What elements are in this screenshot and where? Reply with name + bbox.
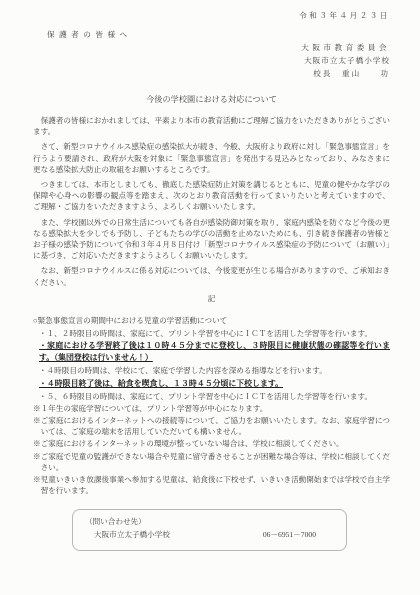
paragraph-greeting: 保護者の皆様におかれましては、平素より本市の教育活動にご理解ご協力をいただきあり… <box>33 115 390 137</box>
contact-box: （問い合わせ先） 大阪市立太子橋小学校 06－6951－7000 <box>72 509 347 550</box>
contact-phone: 06－6951－7000 <box>263 529 316 540</box>
sender-principal: 校長 重山 功 <box>33 68 390 81</box>
sender-school: 大阪市立太子橋小学校 <box>33 55 390 68</box>
ki-marker: 記 <box>33 293 390 304</box>
contact-row: 大阪市立太子橋小学校 06－6951－7000 <box>85 528 334 540</box>
learning-activities-section: ○緊急事態宣言の期間中における児童の学習活動について ・１、２時限目の時間は、家… <box>33 315 390 496</box>
contact-school-name: 大阪市立太子橋小学校 <box>94 529 170 540</box>
sender-org: 大阪市教育委員会 <box>33 42 390 55</box>
bullet-item-periods-5-6: ・５、６時限目の時間は、家庭にて、プリント学習を中心にＩＣＴを活用した学習等を行… <box>39 391 390 402</box>
letter-date: 令和３年４月２３日 <box>33 10 390 21</box>
paragraph-policy: つきましては、本市としましても、徹底した感染症防止対策を講じるとともに、児童の健… <box>33 179 390 213</box>
recipient-line: 保護者の皆様へ <box>47 29 390 40</box>
note-item-no-internet: ※ご家庭におけるインターネットの環境が整っていない場合は、学校に相談してください… <box>33 438 390 449</box>
note-item-childcare: ※ご家庭で児童の監護ができない場合や児童に留守番させることが困難な場合等は、学校… <box>33 451 390 473</box>
paragraph-request: また、学校園以外での日常生活についても各自が感染防御対策を取り、家庭内感染を防ぐ… <box>33 217 390 262</box>
letter-page: 令和３年４月２３日 保護者の皆様へ 大阪市教育委員会 大阪市立太子橋小学校 校長… <box>0 0 420 595</box>
contact-label: （問い合わせ先） <box>85 516 334 527</box>
body-paragraphs: 保護者の皆様におかれましては、平素より本市の教育活動にご理解ご協力をいただきあり… <box>33 115 390 288</box>
note-item-afterschool-program: ※児童いきいき放課後事業へ参加する児童は、給食後に下校せず、いきいき活動開始まで… <box>33 474 390 496</box>
document-title: 今後の学校園における対応について <box>33 94 390 105</box>
note-item-first-graders: ※１年生の家庭学習については、プリント学習等が中心になります。 <box>33 403 390 414</box>
paragraph-notice: なお、新型コロナウイルスに係る対応については、今後変更が生じる場合がありますので… <box>33 265 390 287</box>
section-heading: ○緊急事態宣言の期間中における児童の学習活動について <box>33 315 390 326</box>
bullet-item-period-4: ・４時限目の時間は、学校にて、家庭で学習した内容を深める指導などを行います。 <box>39 365 390 376</box>
bullet-item-periods-1-2: ・１、２時限目の時間は、家庭にて、プリント学習を中心にＩＣＴを活用した学習等を行… <box>39 328 390 339</box>
sender-block: 大阪市教育委員会 大阪市立太子橋小学校 校長 重山 功 <box>33 42 390 80</box>
bullet-item-arrival-time: ・家庭における学習終了後は１０時４５分までに登校し、３時限目に健康状態の確認等を… <box>39 340 390 364</box>
note-item-internet-connection: ※ご家庭におけるインターネットへの接続等について、ご協力をお願いいたします。なお… <box>33 415 390 437</box>
paragraph-background: さて、新型コロナウイルス感染症の感染拡大が続き、今般、大阪府より政府に対し「緊急… <box>33 141 390 175</box>
bullet-item-dismissal-time: ・４時限目終了後は、給食を喫食し、１３時４５分頃に下校します。 <box>39 378 390 390</box>
